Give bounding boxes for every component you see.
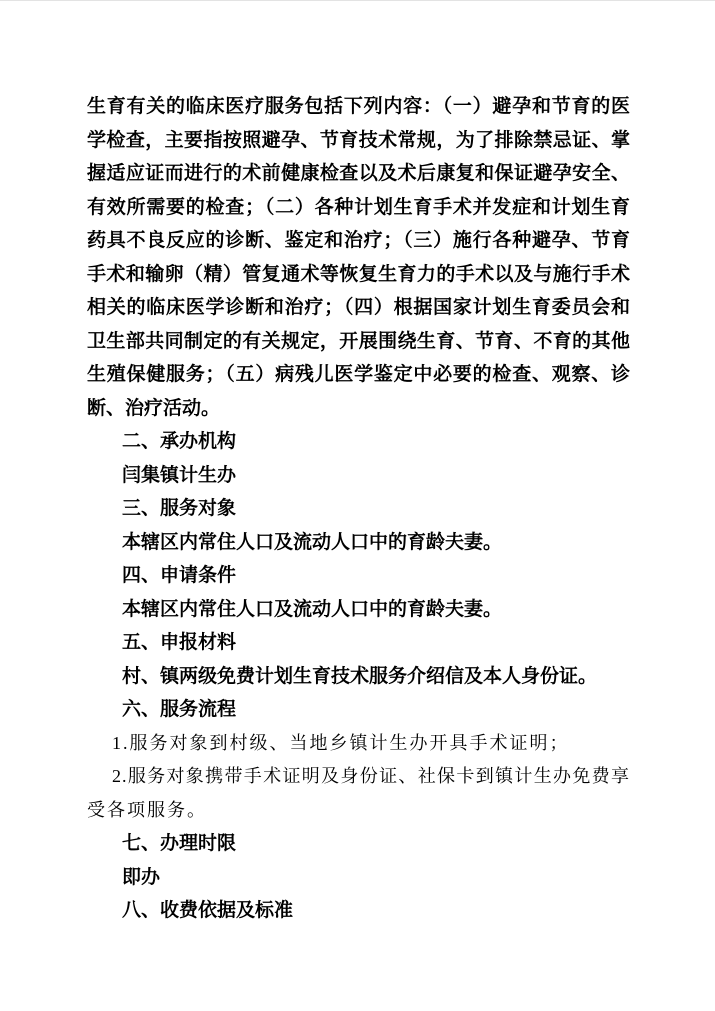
paragraph-line: 生殖保健服务；（五）病残儿医学鉴定中必要的检查、观察、诊 — [87, 358, 630, 392]
paragraph-line: 手术和输卵（精）管复通术等恢复生育力的手术以及与施行手术 — [87, 258, 630, 292]
text-application-materials: 村、镇两级免费计划生育技术服务介绍信及本人身份证。 — [87, 660, 630, 694]
paragraph-line: 相关的临床医学诊断和治疗；（四）根据国家计划生育委员会和 — [87, 291, 630, 325]
list-item-2-continued: 受各项服务。 — [87, 794, 630, 828]
document-page: 生育有关的临床医疗服务包括下列内容：（一）避孕和节育的医 学检查，主要指按照避孕… — [0, 0, 715, 1011]
paragraph-line: 有效所需要的检查；（二）各种计划生育手术并发症和计划生育 — [87, 191, 630, 225]
list-item-2: 2.服务对象携带手术证明及身份证、社保卡到镇计生办免费享 — [87, 760, 630, 794]
text-application-conditions: 本辖区内常住人口及流动人口中的育龄夫妻。 — [87, 593, 630, 627]
heading-service-process: 六、服务流程 — [87, 693, 630, 727]
heading-application-materials: 五、申报材料 — [87, 626, 630, 660]
text-service-target: 本辖区内常住人口及流动人口中的育龄夫妻。 — [87, 526, 630, 560]
paragraph-line: 握适应证而进行的术前健康检查以及术后康复和保证避孕安全、 — [87, 157, 630, 191]
paragraph-line: 卫生部共同制定的有关规定，开展围绕生育、节育、不育的其他 — [87, 325, 630, 359]
paragraph-line-end: 断、治疗活动。 — [87, 392, 630, 426]
paragraph-line: 学检查，主要指按照避孕、节育技术常规，为了排除禁忌证、掌 — [87, 124, 630, 158]
document-content: 生育有关的临床医疗服务包括下列内容：（一）避孕和节育的医 学检查，主要指按照避孕… — [87, 90, 630, 928]
heading-fee-basis: 八、收费依据及标准 — [87, 894, 630, 928]
list-item-1: 1.服务对象到村级、当地乡镇计生办开具手术证明； — [87, 727, 630, 761]
paragraph-line: 生育有关的临床医疗服务包括下列内容：（一）避孕和节育的医 — [87, 90, 630, 124]
paragraph-line: 药具不良反应的诊断、鉴定和治疗；（三）施行各种避孕、节育 — [87, 224, 630, 258]
text-processing-time: 即办 — [87, 861, 630, 895]
heading-processing-time: 七、办理时限 — [87, 827, 630, 861]
text-organizer-name: 闫集镇计生办 — [87, 459, 630, 493]
heading-service-target: 三、服务对象 — [87, 492, 630, 526]
heading-application-conditions: 四、申请条件 — [87, 559, 630, 593]
heading-organizer: 二、承办机构 — [87, 425, 630, 459]
